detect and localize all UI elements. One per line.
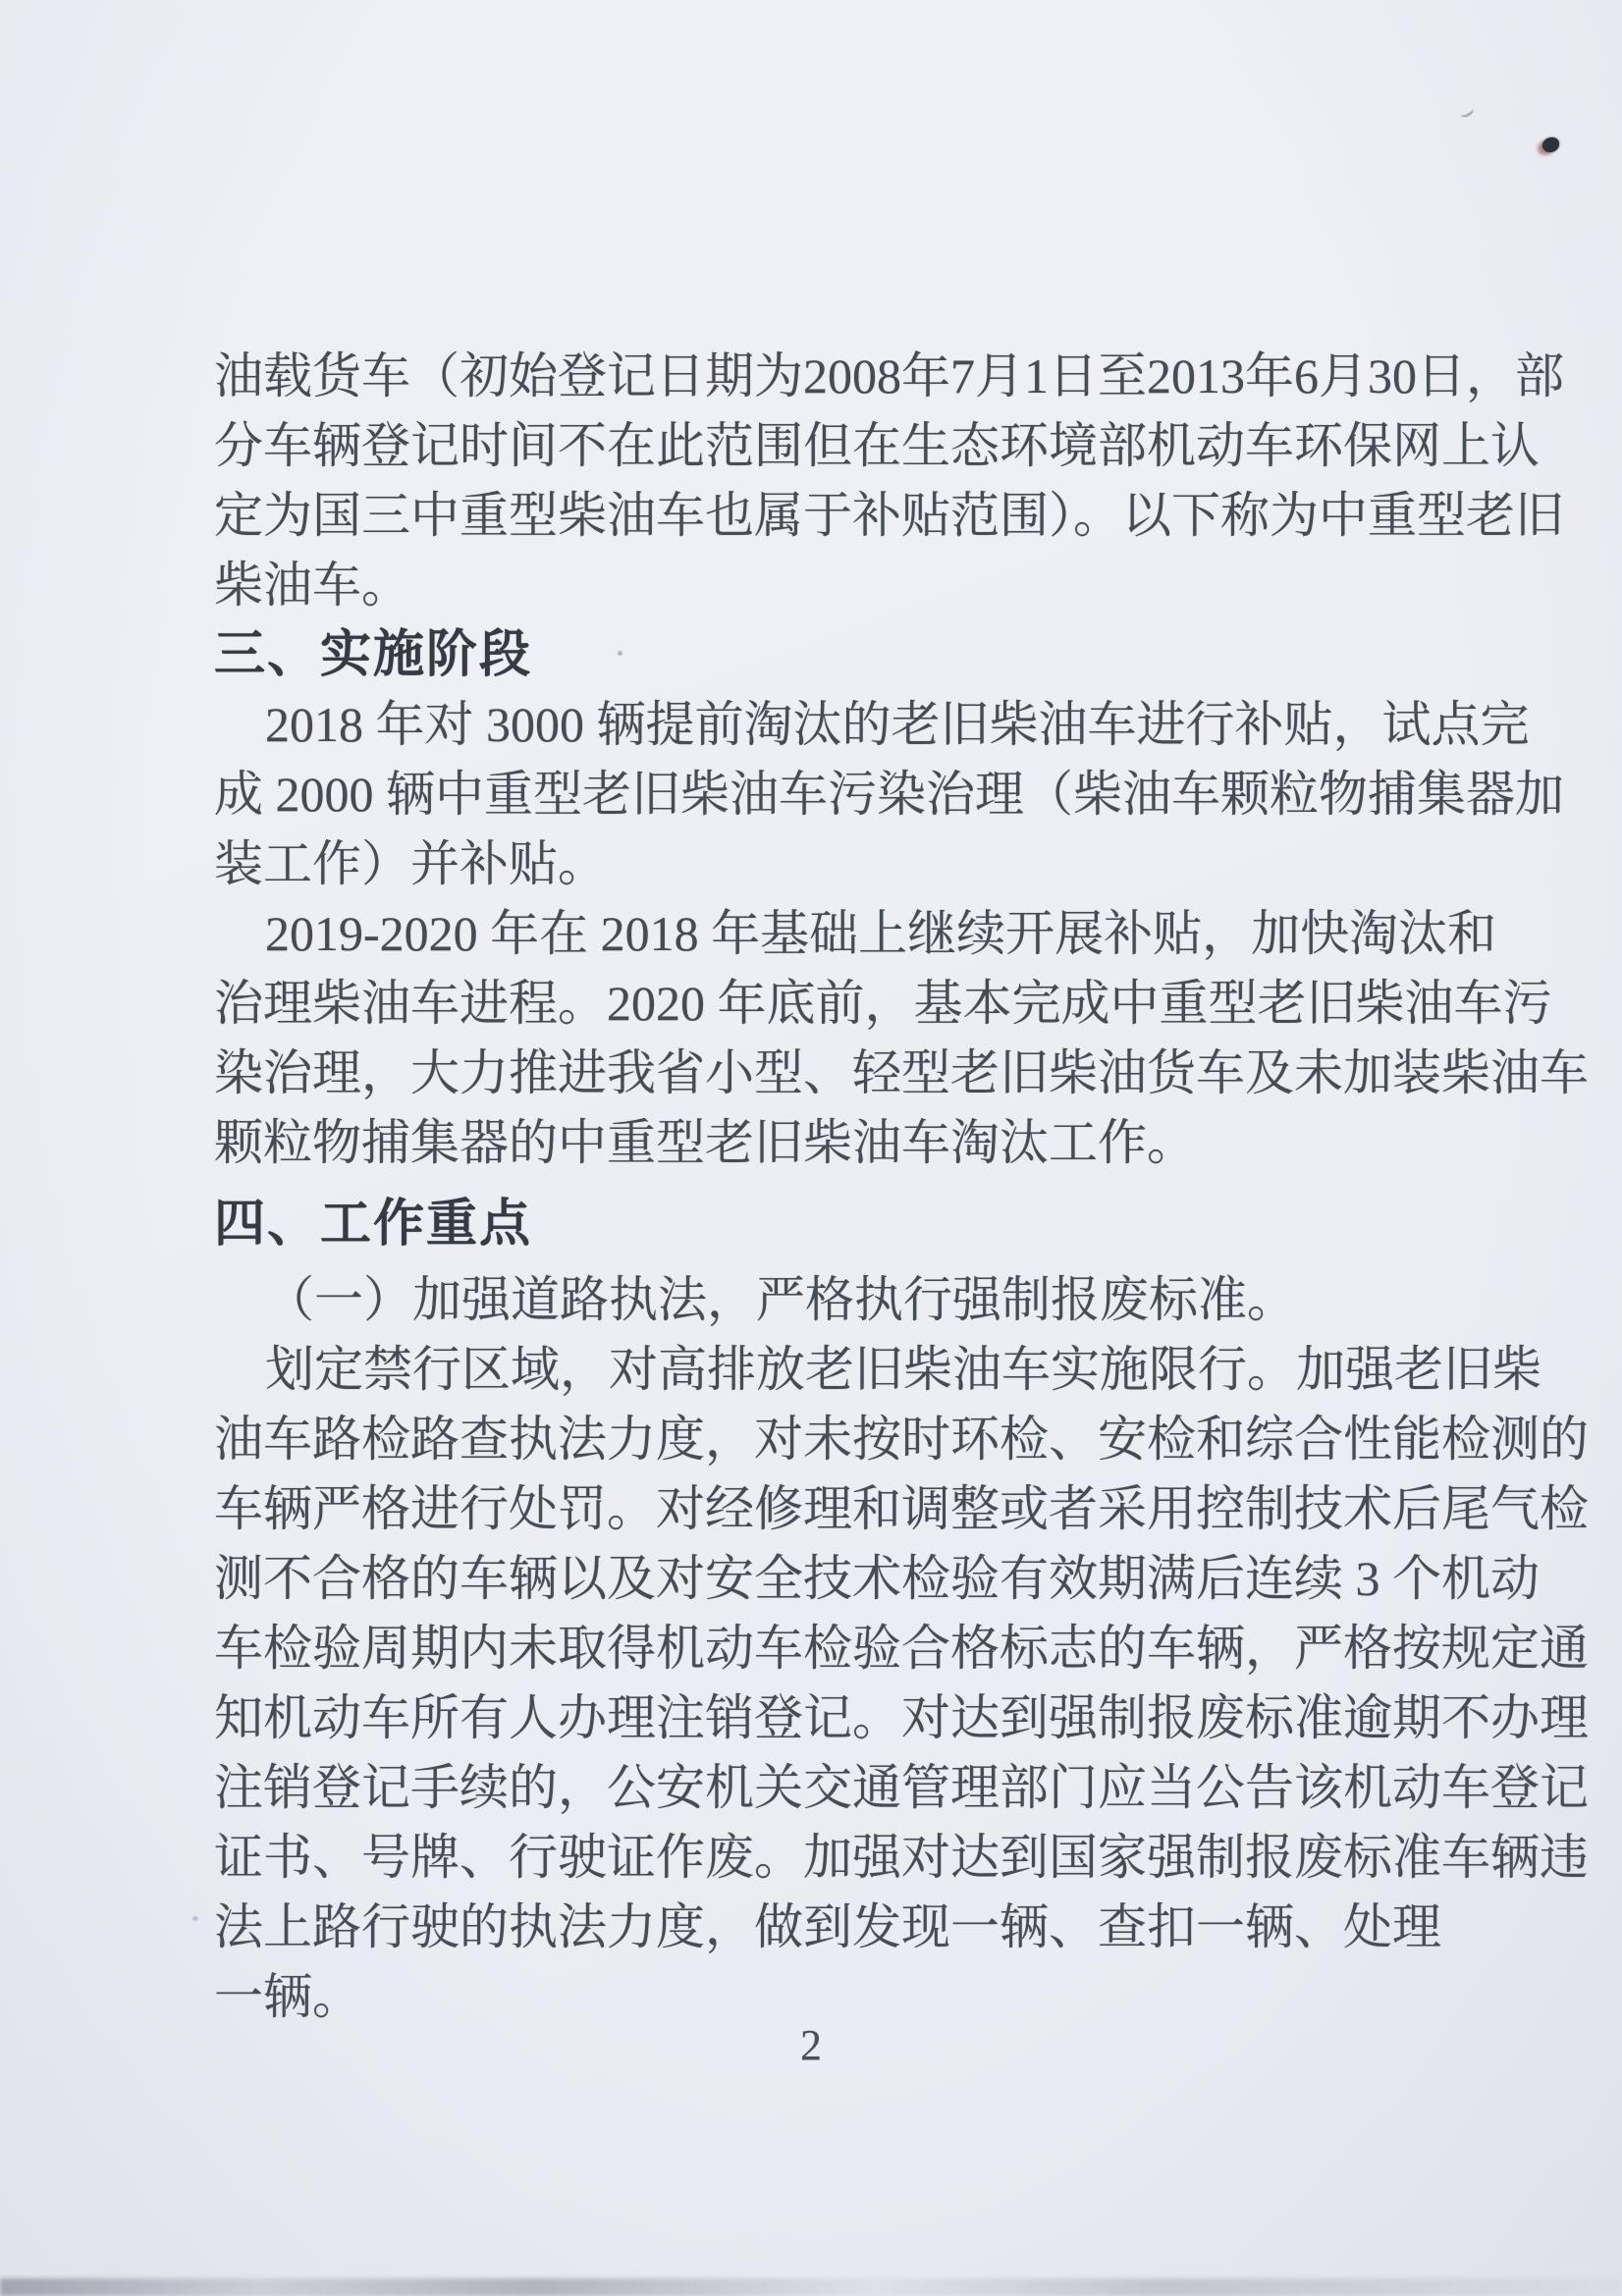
- text-line: 染治理，大力推进我省小型、轻型老旧柴油货车及未加装柴油车: [214, 1039, 1463, 1108]
- text-block: 油载货车（初始登记日期为2008年7月1日至2013年6月30日，部分车辆登记时…: [214, 342, 1463, 1962]
- text-line: 注销登记手续的，公安机关交通管理部门应当公告该机动车登记: [214, 1753, 1463, 1823]
- text-line: 定为国三中重型柴油车也属于补贴范围）。以下称为中重型老旧: [214, 481, 1463, 551]
- text-line: 划定禁行区域，对高排放老旧柴油车实施限行。加强老旧柴: [214, 1335, 1463, 1405]
- ink-speck: [1542, 137, 1559, 152]
- text-line: 油车路检路查执法力度，对未按时环检、安检和综合性能检测的: [214, 1405, 1463, 1474]
- pen-mark: [1457, 103, 1475, 120]
- text-line: 法上路行驶的执法力度，做到发现一辆、查扣一辆、处理一辆。: [214, 1893, 1463, 1962]
- section-heading: 四、工作重点: [214, 1190, 1463, 1259]
- text-line: 2018 年对 3000 辆提前淘汰的老旧柴油车进行补贴，试点完: [214, 690, 1463, 760]
- text-line: 证书、号牌、行驶证作废。加强对达到国家强制报废标准车辆违: [214, 1823, 1463, 1893]
- text-line: 车辆严格进行处罚。对经修理和调整或者采用控制技术后尾气检: [214, 1474, 1463, 1544]
- text-line: 颗粒物捕集器的中重型老旧柴油车淘汰工作。: [214, 1108, 1463, 1178]
- text-line: 分车辆登记时间不在此范围但在生态环境部机动车环保网上认: [214, 411, 1463, 481]
- text-line: 柴油车。: [214, 551, 1463, 620]
- section-heading: 三、实施阶段: [214, 620, 1463, 690]
- scan-dot: [192, 1916, 198, 1921]
- text-line: 2019-2020 年在 2018 年基础上继续开展补贴，加快淘汰和: [214, 899, 1463, 969]
- scanner-edge-smudge: [0, 2278, 1622, 2296]
- text-line: 成 2000 辆中重型老旧柴油车污染治理（柴油车颗粒物捕集器加: [214, 760, 1463, 829]
- text-line: 治理柴油车进程。2020 年底前，基本完成中重型老旧柴油车污: [214, 969, 1463, 1039]
- scanned-document-page: 油载货车（初始登记日期为2008年7月1日至2013年6月30日，部分车辆登记时…: [0, 0, 1622, 2296]
- page-number: 2: [0, 2020, 1622, 2070]
- text-line: 测不合格的车辆以及对安全技术检验有效期满后连续 3 个机动: [214, 1544, 1463, 1614]
- text-line: （一）加强道路执法，严格执行强制报废标准。: [214, 1265, 1463, 1335]
- text-line: 装工作）并补贴。: [214, 829, 1463, 899]
- scan-dot: [618, 651, 622, 656]
- text-line: 知机动车所有人办理注销登记。对达到强制报废标准逾期不办理: [214, 1683, 1463, 1753]
- text-line: 油载货车（初始登记日期为2008年7月1日至2013年6月30日，部: [214, 342, 1463, 411]
- text-line: 车检验周期内未取得机动车检验合格标志的车辆，严格按规定通: [214, 1614, 1463, 1683]
